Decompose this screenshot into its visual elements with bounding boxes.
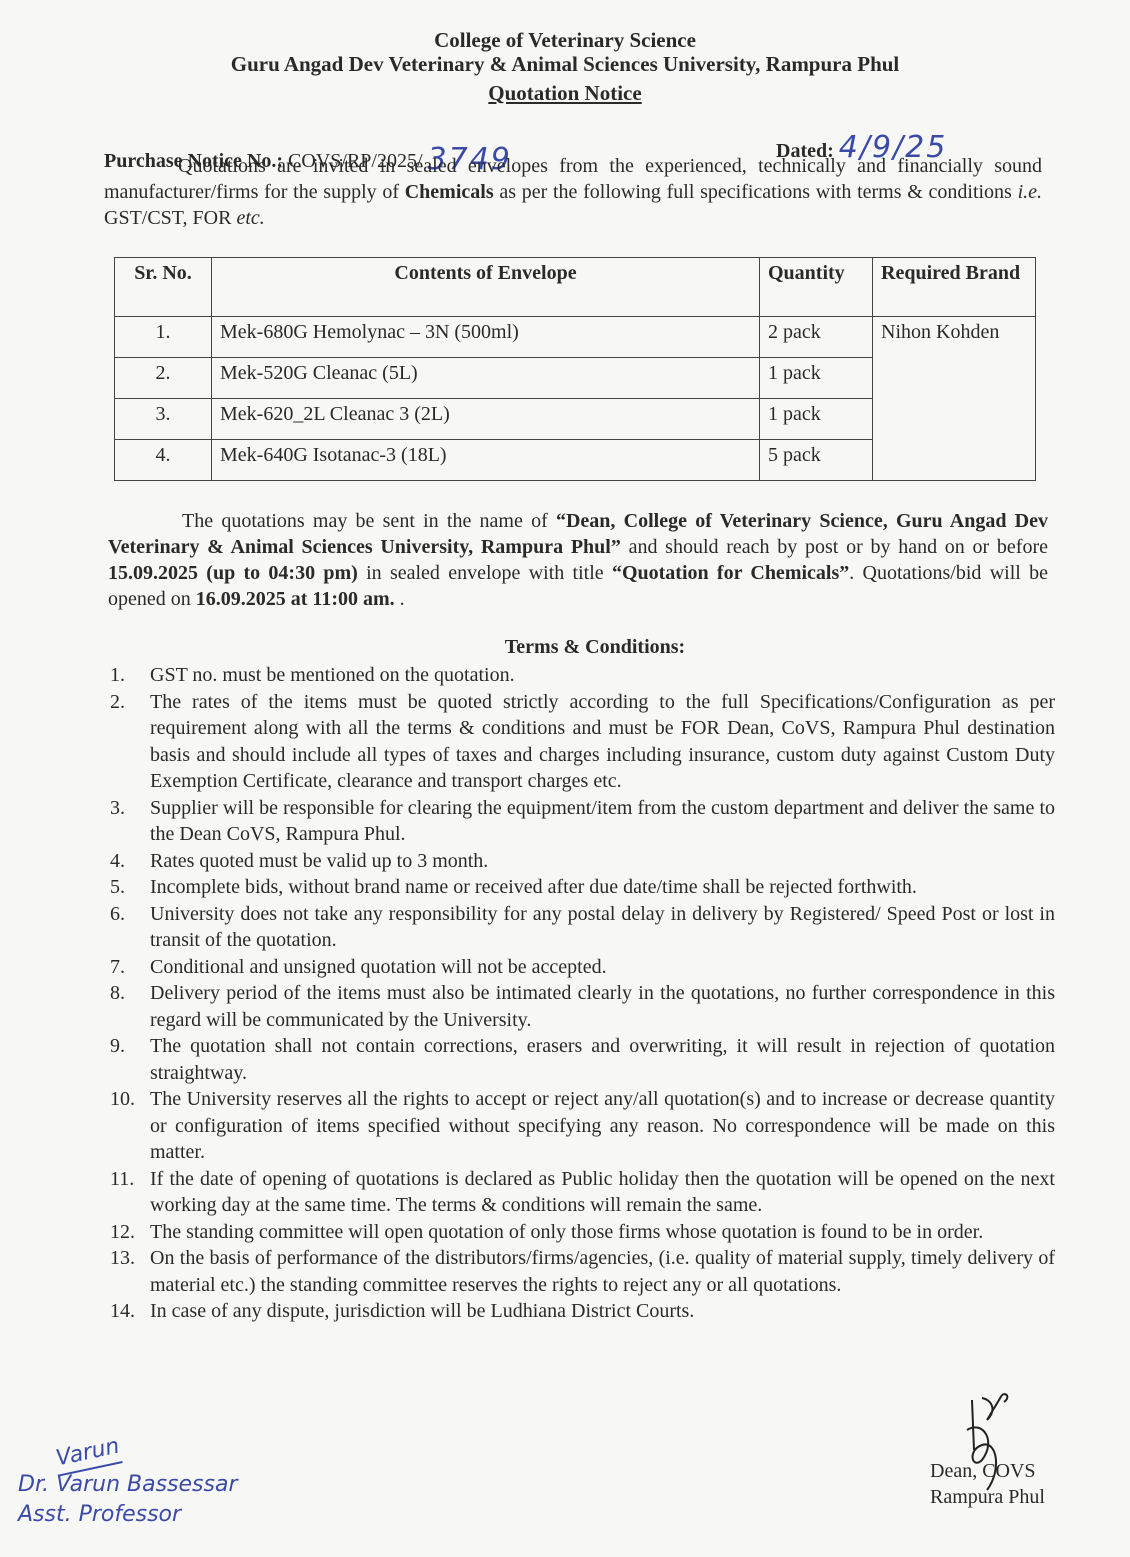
term-number: 6.: [110, 901, 125, 928]
term-item: 8.Delivery period of the items must also…: [110, 980, 1055, 1033]
row-sr: 2.: [115, 358, 212, 399]
term-item: 1.GST no. must be mentioned on the quota…: [110, 662, 1055, 689]
header-quantity: Quantity: [760, 258, 873, 317]
term-text: University does not take any responsibil…: [150, 903, 1055, 952]
term-number: 11.: [110, 1166, 134, 1193]
opening-datetime: 16.09.2025 at 11:00 am.: [196, 588, 395, 610]
header-sr-no: Sr. No.: [115, 258, 212, 317]
row-quantity: 2 pack: [760, 317, 873, 358]
term-text: Delivery period of the items must also b…: [150, 982, 1055, 1031]
dean-location: Rampura Phul: [930, 1484, 1045, 1510]
term-text: On the basis of performance of the distr…: [150, 1247, 1055, 1296]
envelope-title: “Quotation for Chemicals”: [612, 562, 849, 584]
submission-deadline: 15.09.2025 (up to 04:30 pm): [108, 562, 358, 584]
submission-text: and should reach by post or by hand on o…: [621, 536, 1048, 558]
row-sr: 3.: [115, 399, 212, 440]
submission-text: The quotations may be sent in the name o…: [182, 510, 556, 532]
document-title: Quotation Notice: [0, 81, 1130, 106]
term-item: 6.University does not take any responsib…: [110, 901, 1055, 954]
term-text: The University reserves all the rights t…: [150, 1088, 1055, 1163]
term-text: GST no. must be mentioned on the quotati…: [150, 664, 515, 686]
table-header-row: Sr. No. Contents of Envelope Quantity Re…: [115, 258, 1036, 317]
term-number: 1.: [110, 662, 125, 689]
term-number: 8.: [110, 980, 125, 1007]
term-text: The rates of the items must be quoted st…: [150, 691, 1055, 793]
header-brand: Required Brand: [873, 258, 1036, 317]
header-contents: Contents of Envelope: [212, 258, 760, 317]
row-contents: Mek-520G Cleanac (5L): [212, 358, 760, 399]
row-sr: 1.: [115, 317, 212, 358]
term-item: 9.The quotation shall not contain correc…: [110, 1033, 1055, 1086]
term-item: 13.On the basis of performance of the di…: [110, 1245, 1055, 1298]
row-contents: Mek-680G Hemolynac – 3N (500ml): [212, 317, 760, 358]
term-number: 9.: [110, 1033, 125, 1060]
term-number: 13.: [110, 1245, 135, 1272]
term-text: The standing committee will open quotati…: [150, 1221, 983, 1243]
term-number: 5.: [110, 874, 125, 901]
signer-designation: Asst. Professor: [18, 1502, 181, 1527]
term-number: 3.: [110, 795, 125, 822]
submission-text: .: [395, 588, 405, 610]
dean-title: Dean, COVS: [930, 1458, 1045, 1484]
term-item: 14.In case of any dispute, jurisdiction …: [110, 1298, 1055, 1325]
term-item: 4.Rates quoted must be valid up to 3 mon…: [110, 848, 1055, 875]
term-text: Incomplete bids, without brand name or r…: [150, 876, 917, 898]
items-table: Sr. No. Contents of Envelope Quantity Re…: [114, 257, 1036, 481]
university-name: Guru Angad Dev Veterinary & Animal Scien…: [0, 52, 1130, 77]
signer-name: Dr. Varun Bassessar: [18, 1472, 237, 1497]
term-text: The quotation shall not contain correcti…: [150, 1035, 1055, 1084]
term-number: 12.: [110, 1219, 135, 1246]
term-number: 7.: [110, 954, 125, 981]
initials: Varun: [53, 1432, 122, 1477]
term-number: 2.: [110, 689, 125, 716]
term-text: Conditional and unsigned quotation will …: [150, 956, 607, 978]
row-contents: Mek-620_2L Cleanac 3 (2L): [212, 399, 760, 440]
term-item: 12.The standing committee will open quot…: [110, 1219, 1055, 1246]
term-item: 10.The University reserves all the right…: [110, 1086, 1055, 1166]
submission-text: in sealed envelope with title: [358, 562, 612, 584]
row-quantity: 1 pack: [760, 399, 873, 440]
term-number: 4.: [110, 848, 125, 875]
term-text: In case of any dispute, jurisdiction wil…: [150, 1300, 694, 1322]
term-text: Supplier will be responsible for clearin…: [150, 797, 1055, 846]
table-row: 1. Mek-680G Hemolynac – 3N (500ml) 2 pac…: [115, 317, 1036, 358]
intro-text: as per the following full specifications…: [494, 181, 1018, 203]
term-item: 5.Incomplete bids, without brand name or…: [110, 874, 1055, 901]
term-item: 11.If the date of opening of quotations …: [110, 1166, 1055, 1219]
term-text: Rates quoted must be valid up to 3 month…: [150, 850, 488, 872]
intro-etc: etc.: [236, 207, 264, 229]
row-contents: Mek-640G Isotanac-3 (18L): [212, 440, 760, 481]
term-number: 10.: [110, 1086, 135, 1113]
row-quantity: 5 pack: [760, 440, 873, 481]
intro-text: GST/CST, FOR: [104, 207, 236, 229]
quotation-notice-page: College of Veterinary Science Guru Angad…: [0, 0, 1130, 1557]
row-sr: 4.: [115, 440, 212, 481]
intro-ie: i.e.: [1018, 181, 1042, 203]
intro-bold-item: Chemicals: [405, 181, 494, 203]
term-text: If the date of opening of quotations is …: [150, 1168, 1055, 1217]
dean-signature-block: Dean, COVS Rampura Phul: [930, 1458, 1045, 1510]
intro-paragraph: Quotations are invited in sealed envelop…: [104, 153, 1042, 231]
row-quantity: 1 pack: [760, 358, 873, 399]
terms-list: 1.GST no. must be mentioned on the quota…: [110, 662, 1055, 1325]
term-item: 2.The rates of the items must be quoted …: [110, 689, 1055, 795]
term-item: 7.Conditional and unsigned quotation wil…: [110, 954, 1055, 981]
college-name: College of Veterinary Science: [0, 28, 1130, 53]
handwritten-signature-left: Varun Dr. Varun Bassessar Asst. Professo…: [18, 1438, 237, 1530]
required-brand: Nihon Kohden: [873, 317, 1036, 481]
terms-title: Terms & Conditions:: [0, 636, 1130, 659]
term-number: 14.: [110, 1298, 135, 1325]
submission-paragraph: The quotations may be sent in the name o…: [108, 508, 1048, 612]
term-item: 3.Supplier will be responsible for clear…: [110, 795, 1055, 848]
